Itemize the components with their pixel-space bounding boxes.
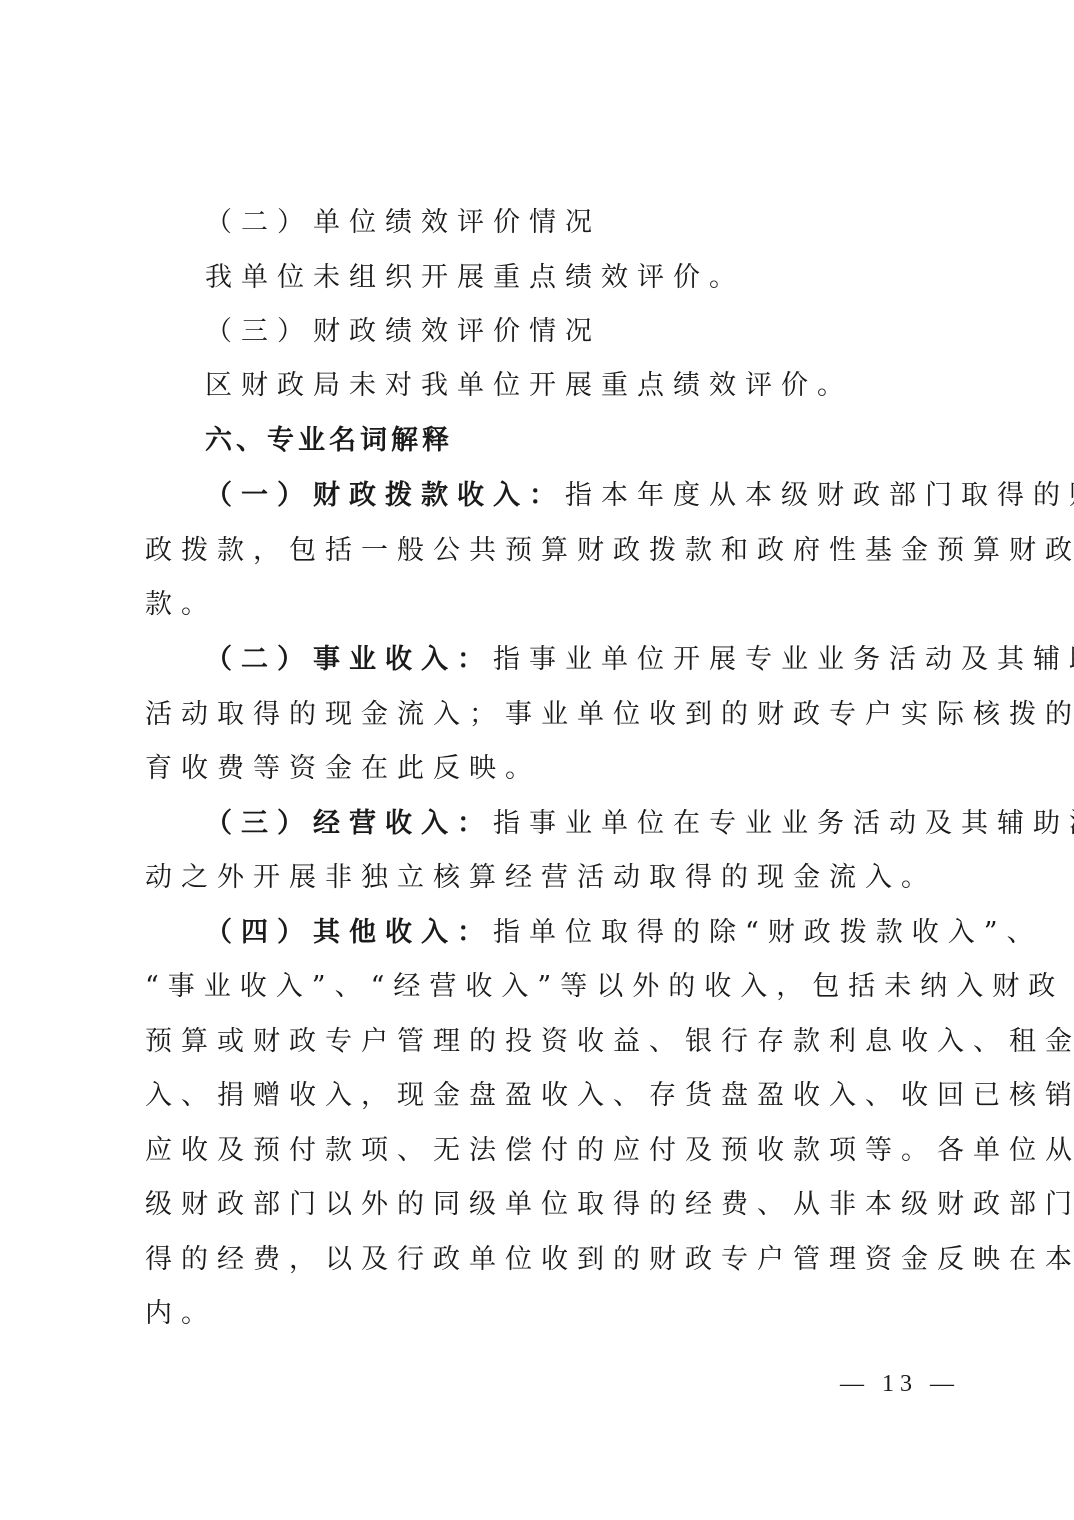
definition-4-line: 入、捐赠收入，现金盘盈收入、存货盘盈收入、收回已核销的 [145, 1080, 1074, 1112]
page-number: — 13 — [840, 1371, 960, 1398]
section-heading: 六、专业名词解释 [205, 425, 453, 457]
definition-4-line: 应收及预付款项、无法偿付的应付及预收款项等。各单位从本 [145, 1135, 1074, 1167]
definition-2-line: 育收费等资金在此反映。 [145, 753, 541, 785]
definition-1-line: 款。 [145, 589, 217, 621]
definition-2-term: （二）事业收入： [205, 644, 493, 675]
definition-3-term: （三）经营收入： [205, 808, 493, 839]
paragraph-finance-performance: 区财政局未对我单位开展重点绩效评价。 [205, 370, 853, 402]
definition-2-text: 指事业单位开展专业业务活动及其辅助 [493, 644, 1074, 675]
definition-4-line: “事业收入”、“经营收入”等以外的收入，包括未纳入财政 [145, 971, 1064, 1003]
subheading-finance-performance: （三）财政绩效评价情况 [205, 316, 601, 348]
definition-1-line: 政拨款，包括一般公共预算财政拨款和政府性基金预算财政拨 [145, 535, 1074, 567]
definition-4-line: 级财政部门以外的同级单位取得的经费、从非本级财政部门取 [145, 1189, 1074, 1221]
definition-3-text: 指事业单位在专业业务活动及其辅助活 [493, 808, 1074, 839]
definition-4-text: 指单位取得的除“财政拨款收入”、 [493, 917, 1043, 948]
paragraph-unit-performance: 我单位未组织开展重点绩效评价。 [205, 262, 745, 294]
definition-1-term: （一）财政拨款收入： [205, 480, 565, 511]
definition-3-line: 动之外开展非独立核算经营活动取得的现金流入。 [145, 862, 937, 894]
definition-2-first-line: （二）事业收入：指事业单位开展专业业务活动及其辅助 [205, 644, 1074, 676]
definition-4-line: 内。 [145, 1298, 217, 1330]
definition-4-line: 预算或财政专户管理的投资收益、银行存款利息收入、租金收 [145, 1026, 1074, 1058]
document-page: （二）单位绩效评价情况 我单位未组织开展重点绩效评价。 （三）财政绩效评价情况 … [0, 0, 1074, 1520]
definition-4-term: （四）其他收入： [205, 917, 493, 948]
definition-4-first-line: （四）其他收入：指单位取得的除“财政拨款收入”、 [205, 917, 1043, 949]
definition-4-line: 得的经费，以及行政单位收到的财政专户管理资金反映在本项 [145, 1244, 1074, 1276]
subheading-unit-performance: （二）单位绩效评价情况 [205, 207, 601, 239]
definition-1-text: 指本年度从本级财政部门取得的财 [565, 480, 1074, 511]
definition-2-line: 活动取得的现金流入；事业单位收到的财政专户实际核拨的教 [145, 699, 1074, 731]
definition-3-first-line: （三）经营收入：指事业单位在专业业务活动及其辅助活 [205, 808, 1074, 840]
definition-1-first-line: （一）财政拨款收入：指本年度从本级财政部门取得的财 [205, 480, 1074, 512]
